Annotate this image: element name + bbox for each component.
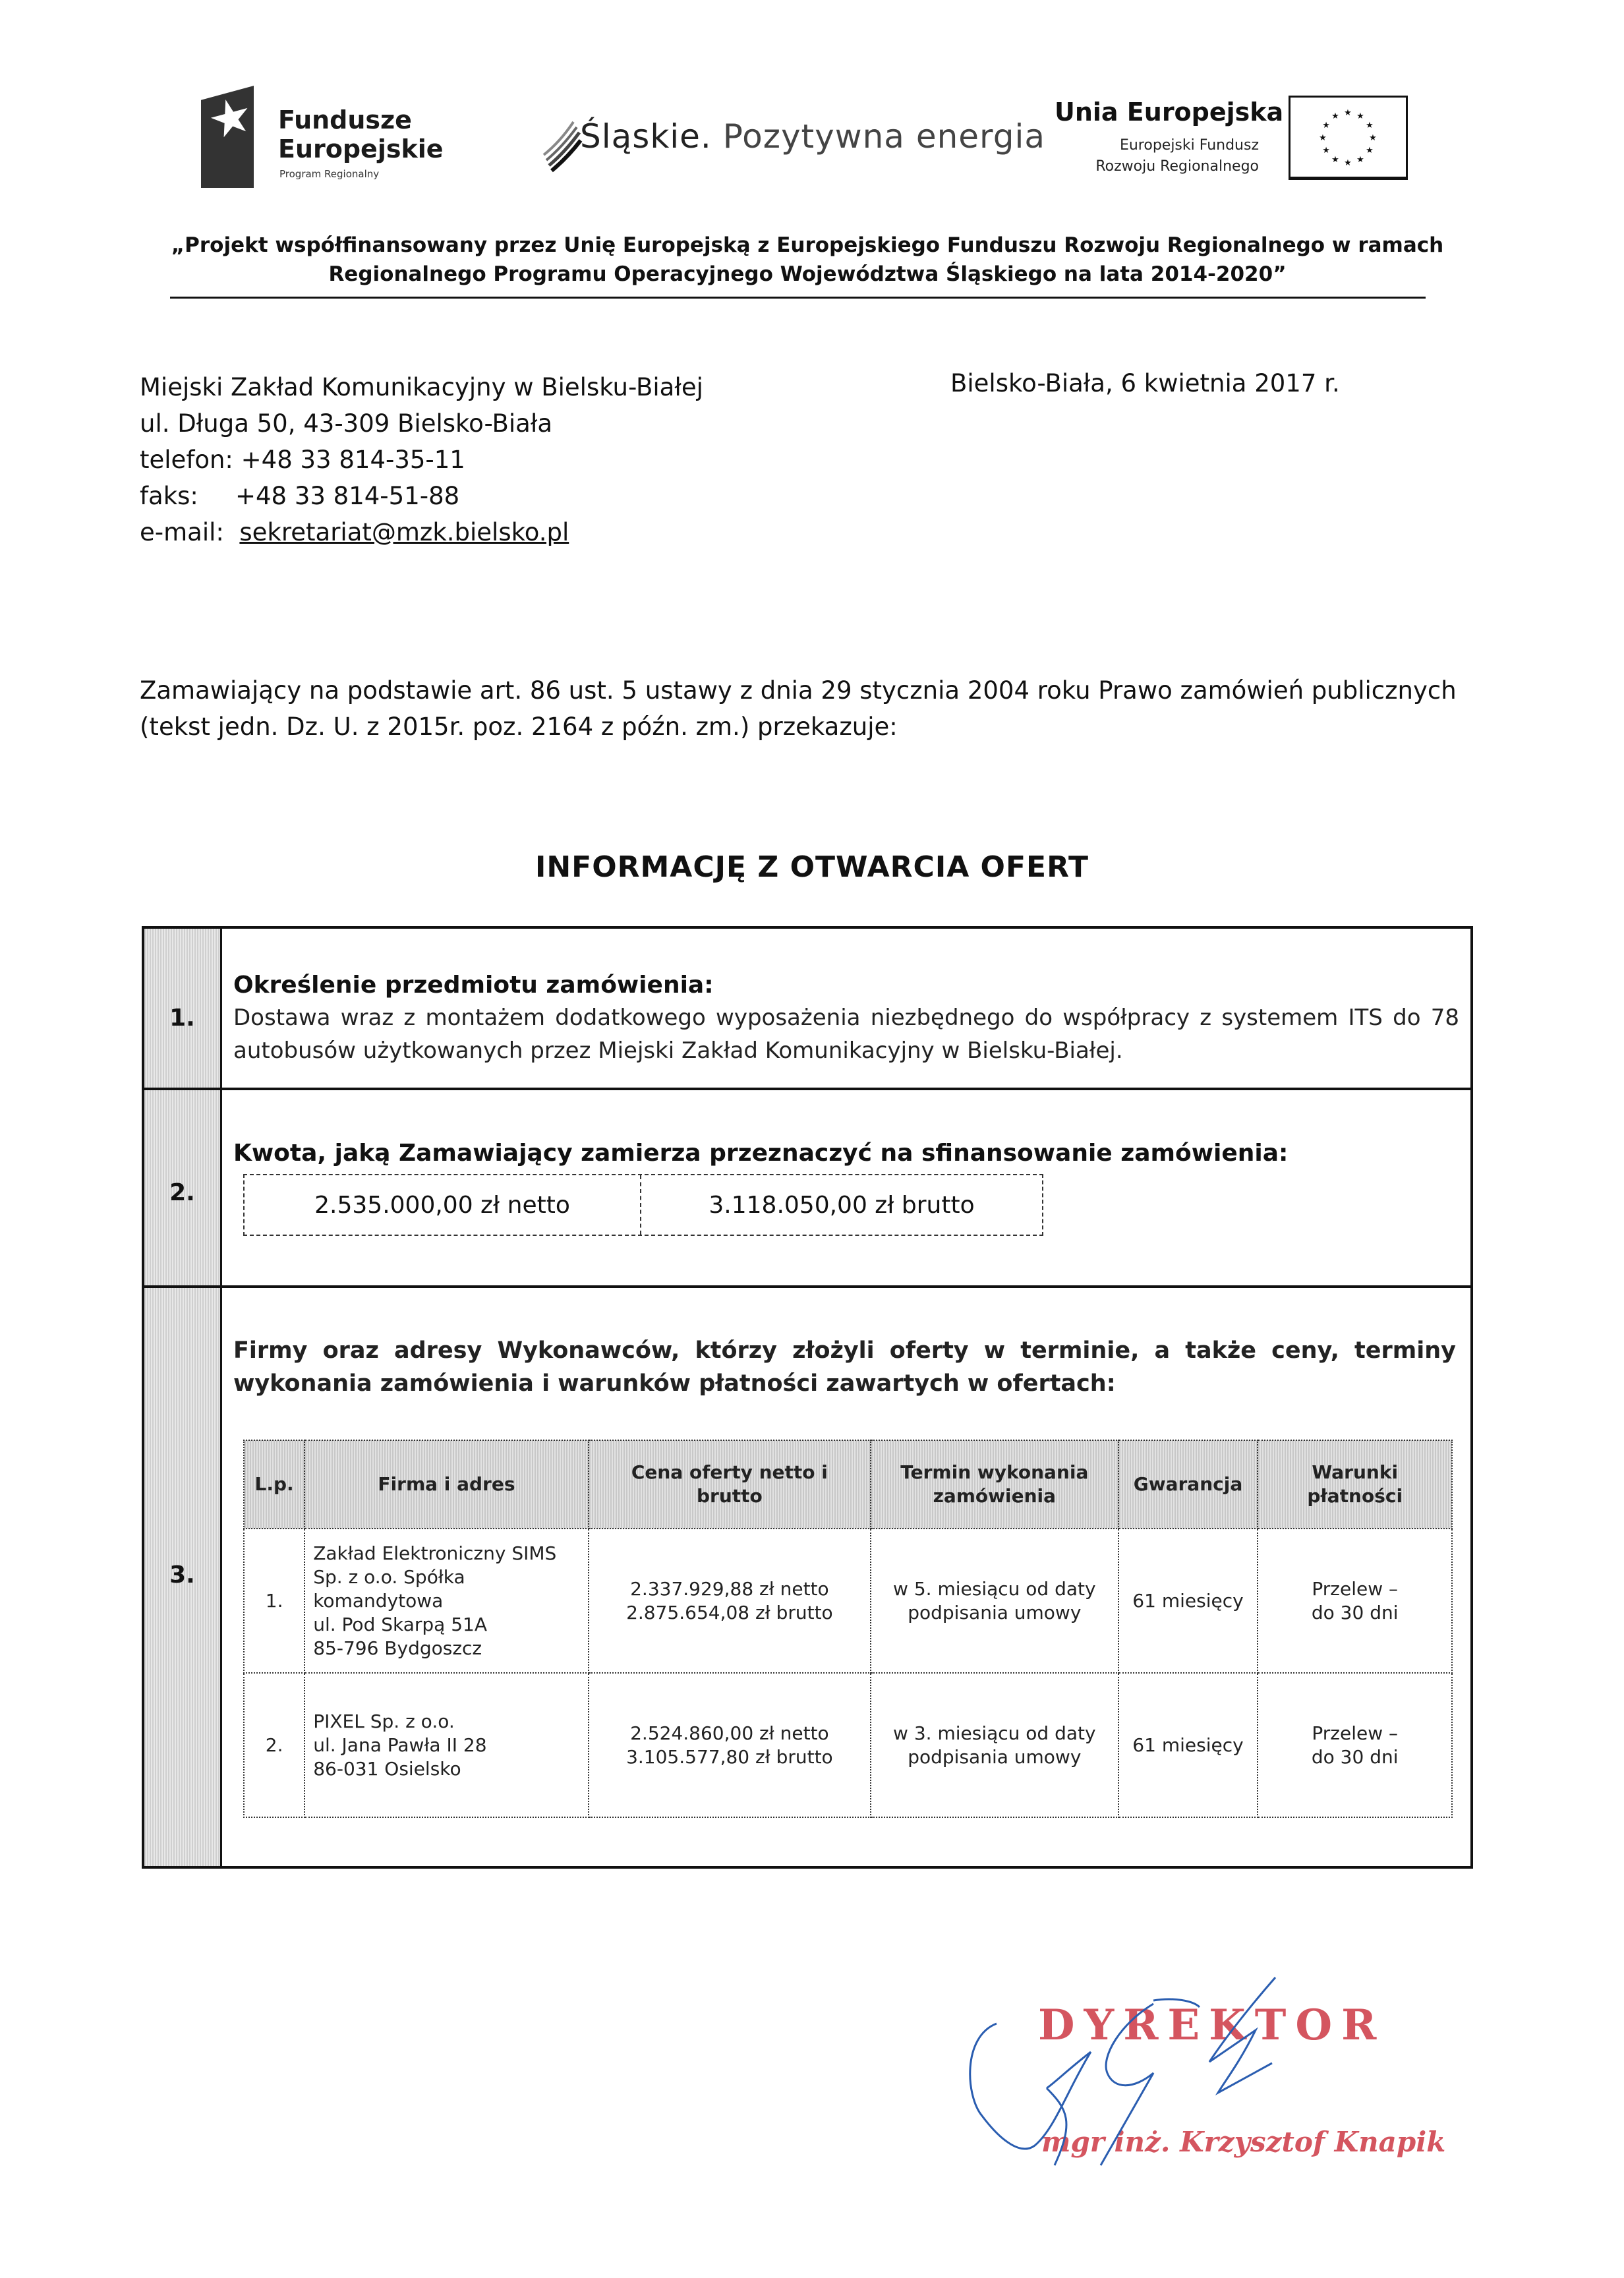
svg-text:★: ★ bbox=[1331, 111, 1339, 121]
offer-deadline-line: w 3. miesiącu od daty bbox=[872, 1722, 1117, 1745]
eu-flag-icon: ★★★★★★★★★★★★ bbox=[1289, 96, 1408, 180]
col-header: Firma i adres bbox=[304, 1440, 589, 1529]
offer-warranty: 61 miesięcy bbox=[1118, 1529, 1258, 1673]
slaskie-wave-icon bbox=[537, 115, 583, 175]
section-title: Określenie przedmiotu zamówienia: bbox=[233, 972, 714, 999]
col-header: Cena oferty netto i brutto bbox=[589, 1440, 871, 1529]
section-title: Firmy oraz adresy Wykonawców, którzy zło… bbox=[233, 1334, 1456, 1400]
offer-payment: Przelew –do 30 dni bbox=[1258, 1673, 1452, 1817]
offer-price-line: 3.105.577,80 zł brutto bbox=[590, 1745, 869, 1769]
budget-brutto: 3.118.050,00 zł brutto bbox=[641, 1175, 1042, 1235]
eu-logo-line2: Rozwoju Regionalnego bbox=[1061, 156, 1259, 177]
col-header: Warunki płatności bbox=[1258, 1440, 1452, 1529]
offer-warranty: 61 miesięcy bbox=[1118, 1673, 1258, 1817]
budget-amount-box: 2.535.000,00 zł netto 3.118.050,00 zł br… bbox=[243, 1174, 1043, 1236]
fax-value: +48 33 814-51-88 bbox=[235, 482, 459, 510]
offer-firm-line: ul. Pod Skarpą 51A bbox=[313, 1613, 587, 1637]
document-heading: INFORMACJĘ Z OTWARCIA OFERT bbox=[0, 850, 1624, 884]
svg-text:★: ★ bbox=[1322, 121, 1330, 131]
offer-firm-line: Zakład Elektroniczny SIMS bbox=[313, 1542, 587, 1565]
offer-price-line: 2.875.654,08 zł brutto bbox=[590, 1601, 869, 1625]
svg-text:★: ★ bbox=[1366, 146, 1374, 156]
offer-info-table: 1. Określenie przedmiotu zamówienia: Dos… bbox=[142, 926, 1473, 1869]
svg-text:★: ★ bbox=[1319, 133, 1327, 143]
intro-line1: Zamawiający na podstawie art. 86 ust. 5 … bbox=[140, 672, 1478, 709]
svg-text:★: ★ bbox=[1344, 158, 1352, 168]
row-divider bbox=[144, 1285, 1470, 1288]
offer-firm-line: Sp. z o.o. Spółka komandytowa bbox=[313, 1565, 587, 1613]
fax-label: faks: bbox=[140, 478, 235, 514]
phone-label: telefon: bbox=[140, 446, 233, 474]
eu-logo-line1: Europejski Fundusz bbox=[1061, 135, 1259, 156]
svg-text:★: ★ bbox=[1331, 155, 1339, 165]
intro-paragraph: Zamawiający na podstawie art. 86 ust. 5 … bbox=[140, 672, 1478, 745]
project-statement: „Projekt współfinansowany przez Unię Eur… bbox=[165, 231, 1450, 289]
sender-address: Miejski Zakład Komunikacyjny w Bielsku-B… bbox=[140, 369, 703, 550]
project-statement-line2: Regionalnego Programu Operacyjnego Wojew… bbox=[165, 260, 1450, 289]
section-number: 2. bbox=[144, 1179, 220, 1206]
sender-name: Miejski Zakład Komunikacyjny w Bielsku-B… bbox=[140, 369, 703, 405]
svg-text:★: ★ bbox=[1366, 121, 1374, 131]
offer-payment-line: do 30 dni bbox=[1259, 1745, 1451, 1769]
offer-payment-line: Przelew – bbox=[1259, 1722, 1451, 1745]
eu-funds-logo-mark bbox=[201, 86, 254, 188]
offer-deadline-line: w 5. miesiącu od daty bbox=[872, 1577, 1117, 1601]
col-header: Gwarancja bbox=[1118, 1440, 1258, 1529]
eu-funds-logo-title: Fundusze Europejskie bbox=[278, 105, 444, 163]
eu-funds-title-line2: Europejskie bbox=[278, 134, 444, 163]
slaskie-slogan: Pozytywna energia bbox=[723, 117, 1045, 156]
offer-row: 2.PIXEL Sp. z o.o.ul. Jana Pawła II 2886… bbox=[244, 1673, 1452, 1817]
slaskie-logo-text: Śląskie. Pozytywna energia bbox=[580, 117, 1045, 156]
offers-table: L.p. Firma i adres Cena oferty netto i b… bbox=[243, 1440, 1453, 1818]
offer-deadline: w 5. miesiącu od datypodpisania umowy bbox=[871, 1529, 1118, 1673]
offer-price-line: 2.524.860,00 zł netto bbox=[590, 1722, 869, 1745]
phone-value: +48 33 814-35-11 bbox=[241, 446, 465, 474]
sender-phone: telefon: +48 33 814-35-11 bbox=[140, 442, 703, 478]
offer-row: 1.Zakład Elektroniczny SIMSSp. z o.o. Sp… bbox=[244, 1529, 1452, 1673]
document-date: Bielsko-Biała, 6 kwietnia 2017 r. bbox=[950, 369, 1340, 397]
signature-icon bbox=[956, 1912, 1516, 2208]
svg-text:★: ★ bbox=[1356, 155, 1364, 165]
section-number: 3. bbox=[144, 1562, 220, 1589]
offer-firm-line: ul. Jana Pawła II 28 bbox=[313, 1734, 587, 1757]
offer-deadline-line: podpisania umowy bbox=[872, 1601, 1117, 1625]
col-header: L.p. bbox=[244, 1440, 304, 1529]
offer-payment-line: Przelew – bbox=[1259, 1577, 1451, 1601]
offer-price: 2.337.929,88 zł netto2.875.654,08 zł bru… bbox=[589, 1529, 871, 1673]
svg-text:★: ★ bbox=[1356, 111, 1364, 121]
offer-lp: 2. bbox=[244, 1673, 304, 1817]
eu-funds-title-line1: Fundusze bbox=[278, 105, 444, 134]
email-label: e-mail: bbox=[140, 518, 224, 546]
offer-payment: Przelew –do 30 dni bbox=[1258, 1529, 1452, 1673]
intro-line2: (tekst jedn. Dz. U. z 2015r. poz. 2164 z… bbox=[140, 709, 1478, 745]
project-statement-line1: „Projekt współfinansowany przez Unię Eur… bbox=[165, 231, 1450, 260]
budget-netto: 2.535.000,00 zł netto bbox=[245, 1175, 641, 1235]
svg-text:★: ★ bbox=[1369, 133, 1377, 143]
eu-logo-title: Unia Europejska bbox=[1055, 98, 1283, 127]
svg-text:★: ★ bbox=[1344, 108, 1352, 118]
section-number: 1. bbox=[144, 1005, 220, 1032]
col-header: Termin wykonania zamówienia bbox=[871, 1440, 1118, 1529]
offer-deadline: w 3. miesiącu od datypodpisania umowy bbox=[871, 1673, 1118, 1817]
svg-text:★: ★ bbox=[1322, 146, 1330, 156]
section-title: Kwota, jaką Zamawiający zamierza przezna… bbox=[233, 1140, 1288, 1167]
sender-street: ul. Długa 50, 43-309 Bielsko-Biała bbox=[140, 405, 703, 442]
header-divider bbox=[170, 297, 1426, 299]
offer-firm-line: 85-796 Bydgoszcz bbox=[313, 1637, 587, 1660]
eu-funds-subtitle: Program Regionalny bbox=[279, 168, 379, 180]
email-link[interactable]: sekretariat@mzk.bielsko.pl bbox=[239, 518, 569, 546]
eu-logo-subtitle: Europejski Fundusz Rozwoju Regionalnego bbox=[1061, 135, 1259, 177]
row-divider bbox=[144, 1088, 1470, 1090]
number-column bbox=[144, 929, 222, 1866]
offer-firm: PIXEL Sp. z o.o.ul. Jana Pawła II 2886-0… bbox=[304, 1673, 589, 1817]
section-body: Dostawa wraz z montażem dodatkowego wypo… bbox=[233, 1001, 1459, 1067]
offer-price-line: 2.337.929,88 zł netto bbox=[590, 1577, 869, 1601]
offer-deadline-line: podpisania umowy bbox=[872, 1745, 1117, 1769]
offer-lp: 1. bbox=[244, 1529, 304, 1673]
slaskie-name: Śląskie. bbox=[580, 117, 712, 156]
offer-price: 2.524.860,00 zł netto3.105.577,80 zł bru… bbox=[589, 1673, 871, 1817]
offer-payment-line: do 30 dni bbox=[1259, 1601, 1451, 1625]
offer-firm-line: PIXEL Sp. z o.o. bbox=[313, 1710, 587, 1734]
offer-firm: Zakład Elektroniczny SIMSSp. z o.o. Spół… bbox=[304, 1529, 589, 1673]
sender-fax: faks:+48 33 814-51-88 bbox=[140, 478, 703, 514]
sender-email: e-mail: sekretariat@mzk.bielsko.pl bbox=[140, 514, 703, 550]
offer-firm-line: 86-031 Osielsko bbox=[313, 1757, 587, 1781]
offers-header-row: L.p. Firma i adres Cena oferty netto i b… bbox=[244, 1440, 1452, 1529]
